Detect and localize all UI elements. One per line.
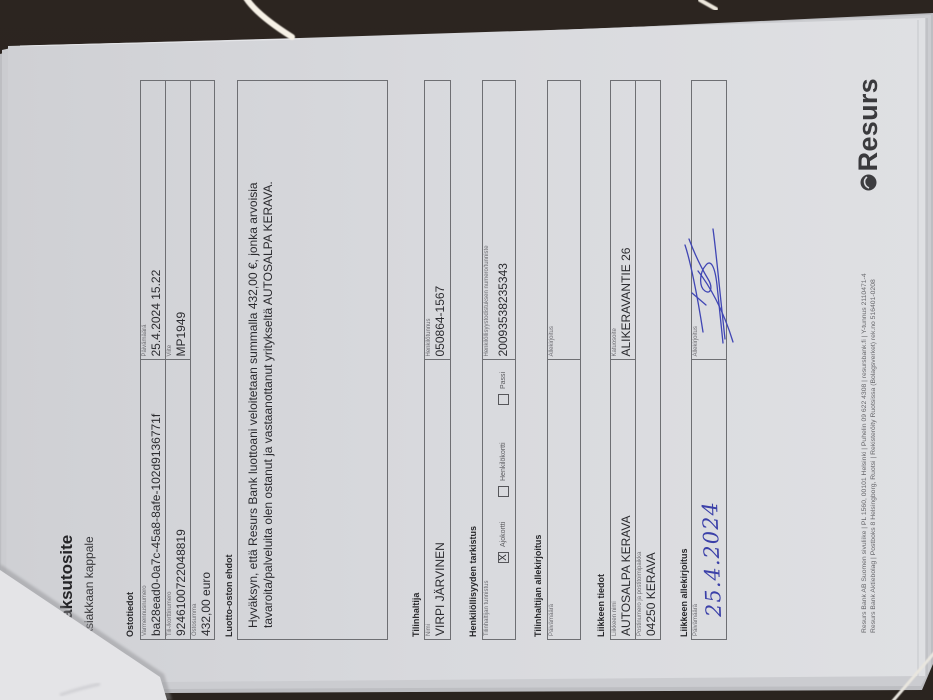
light-reflection: [892, 652, 933, 700]
light-reflection: [246, 0, 292, 37]
overlapping-sheet: [0, 570, 167, 700]
light-reflection: [700, 0, 716, 9]
foreground-overlay: [0, 0, 933, 700]
